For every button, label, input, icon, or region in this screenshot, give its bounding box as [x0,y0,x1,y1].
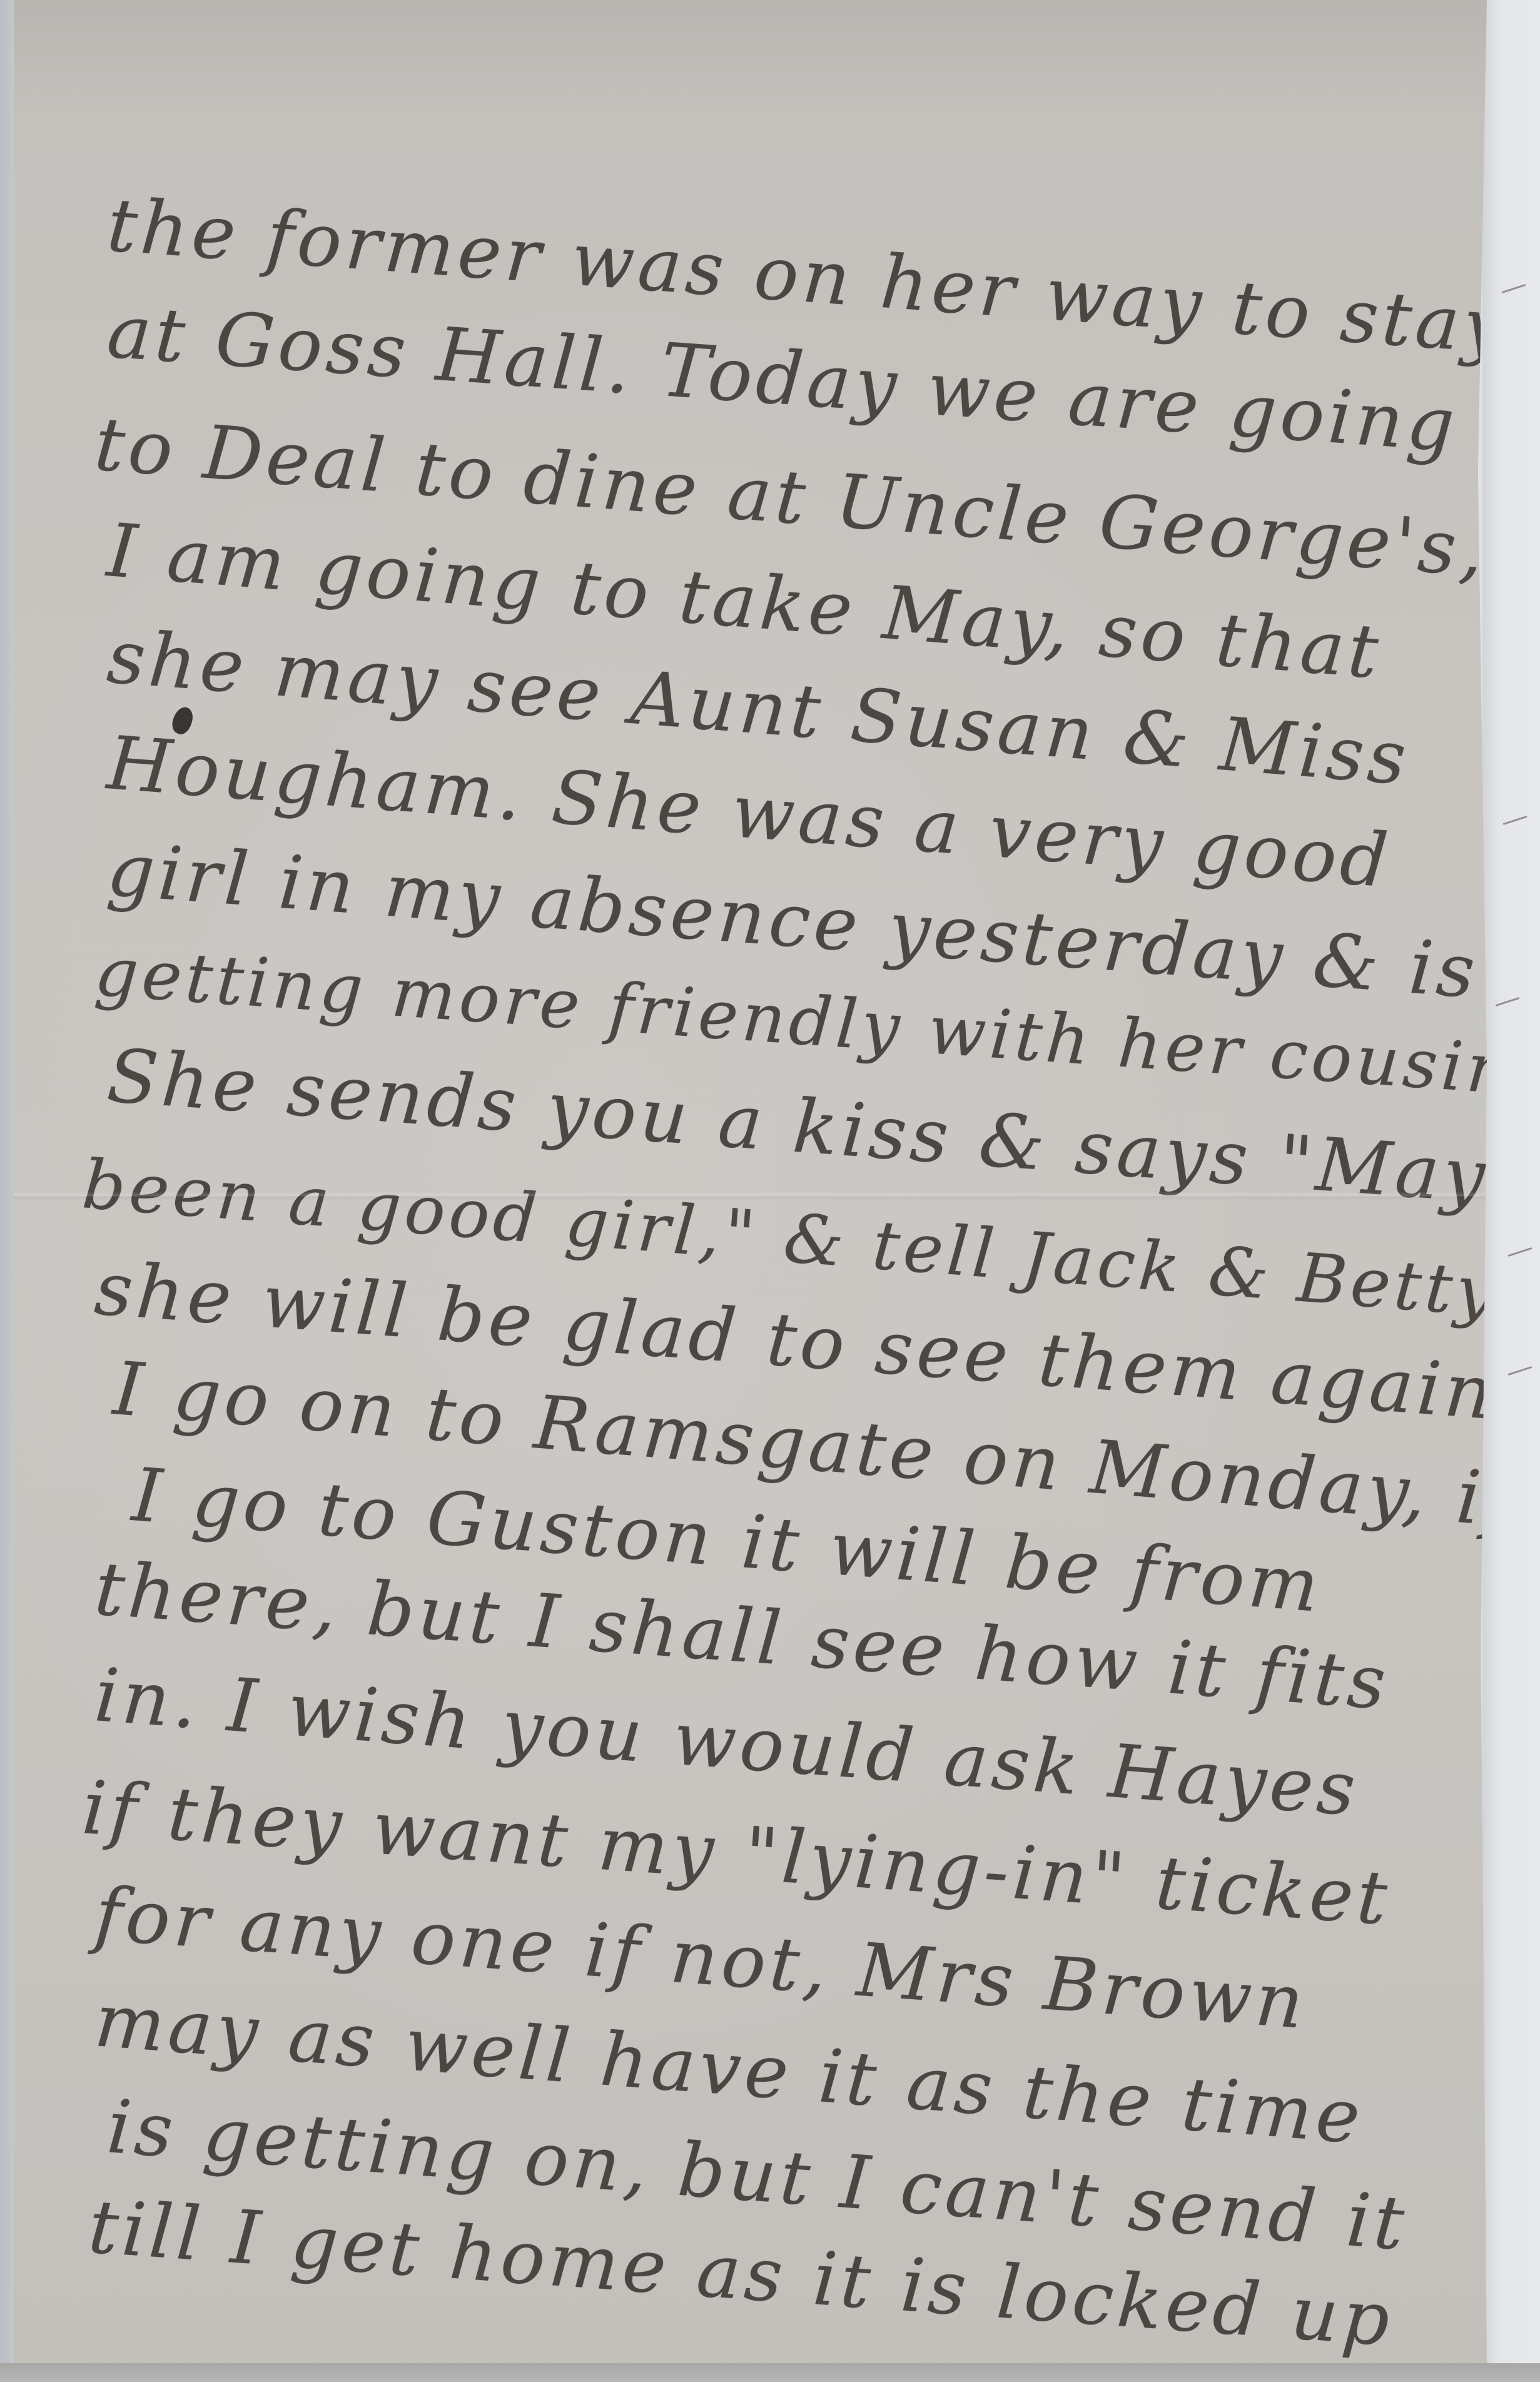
table-surface [0,2363,1540,2382]
ink-stroke [1502,284,1526,293]
ink-stroke [1508,1366,1532,1376]
letter-body: the former was on her way to stay at Gos… [14,0,1487,2364]
ink-stroke [1503,816,1527,825]
background-strip [0,0,15,2382]
ink-stroke [1496,997,1520,1006]
letter-photograph: the former was on her way to stay at Gos… [0,0,1540,2382]
adjacent-page-edge [1482,0,1540,2382]
letter-sheet: the former was on her way to stay at Gos… [14,0,1487,2364]
ink-stroke [1508,1247,1532,1257]
